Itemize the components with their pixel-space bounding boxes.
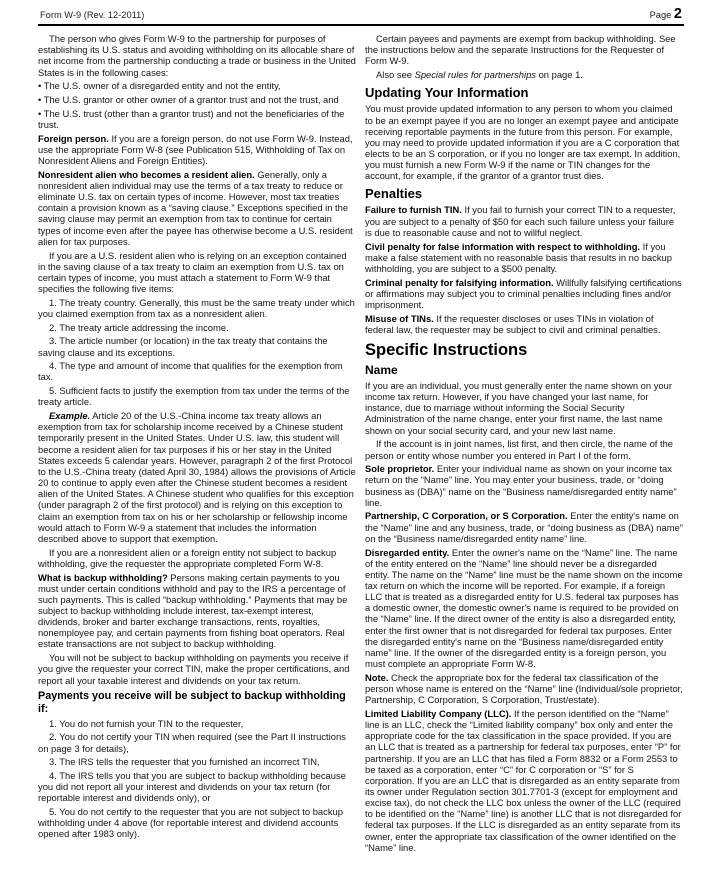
paragraph: 3. The article number (or location) in t… — [38, 335, 356, 357]
nonresident-alien-paragraph: Nonresident alien who becomes a resident… — [38, 169, 356, 247]
body-text: Specific Instructions — [365, 341, 527, 359]
paragraph: The person who gives Form W-9 to the par… — [38, 33, 356, 78]
bold-lead-text: Example. — [49, 410, 90, 421]
paragraph: You must provide updated information to … — [365, 103, 683, 181]
bold-lead-text: What is backup withholding? — [38, 572, 168, 583]
body-text: Special rules for partnerships — [415, 69, 536, 80]
right-column: Certain payees and payments are exempt f… — [365, 33, 683, 855]
paragraph: 2. The treaty article addressing the inc… — [38, 322, 356, 333]
body-text: You will not be subject to backup withho… — [38, 652, 349, 685]
body-text: Name — [365, 363, 398, 377]
payments-subject-heading: Payments you receive will be subject to … — [38, 690, 356, 715]
bold-lead-text: Disregarded entity. — [365, 547, 449, 558]
paragraph: Disregarded entity. Enter the owner's na… — [365, 547, 683, 670]
paragraph: Criminal penalty for falsifying informat… — [365, 277, 683, 310]
body-text: 5. You do not certify to the requester t… — [38, 806, 343, 839]
paragraph: Note. Check the appropriate box for the … — [365, 672, 683, 705]
left-column: The person who gives Form W-9 to the par… — [38, 33, 356, 855]
bold-lead-text: Partnership, C Corporation, or S Corpora… — [365, 510, 568, 521]
paragraph: Failure to furnish TIN. If you fail to f… — [365, 204, 683, 237]
paragraph: If you are a U.S. resident alien who is … — [38, 250, 356, 295]
body-text: Generally, only a nonresident alien indi… — [38, 169, 353, 247]
two-column-body: The person who gives Form W-9 to the par… — [38, 33, 684, 855]
paragraph: • The U.S. trust (other than a grantor t… — [38, 108, 356, 130]
paragraph: If you are a nonresident alien or a fore… — [38, 547, 356, 569]
page-header: Form W-9 (Rev. 12-2011) Page 2 — [38, 7, 684, 26]
bold-lead-text: Limited Liability Company (LLC). — [365, 708, 511, 719]
bold-lead-text: Criminal penalty for falsifying informat… — [365, 277, 554, 288]
paragraph: Misuse of TINs. If the requester disclos… — [365, 313, 683, 335]
bold-lead-text: Failure to furnish TIN. — [365, 204, 462, 215]
paragraph: Certain payees and payments are exempt f… — [365, 33, 683, 66]
paragraph: 4. The IRS tells you that you are subjec… — [38, 770, 356, 803]
paragraph: 5. Sufficient facts to justify the exemp… — [38, 385, 356, 407]
body-text: 3. The IRS tells the requester that you … — [49, 756, 320, 767]
form-revision-label: Form W-9 (Rev. 12-2011) — [40, 10, 144, 21]
specific-instructions-heading: Specific Instructions — [365, 341, 683, 359]
body-text: Enter the owner's name on the “Name” lin… — [365, 547, 683, 670]
bold-lead-text: Sole proprietor. — [365, 463, 434, 474]
body-text: If the person identified on the “Name” l… — [365, 708, 681, 853]
form-w9-page-2: Form W-9 (Rev. 12-2011) Page 2 The perso… — [0, 0, 718, 869]
paragraph: 4. The type and amount of income that qu… — [38, 360, 356, 382]
bold-lead-text: Civil penalty for false information with… — [365, 241, 640, 252]
body-text: You must provide updated information to … — [365, 103, 680, 181]
paragraph: 3. The IRS tells the requester that you … — [38, 756, 356, 767]
page-number: 2 — [674, 6, 682, 22]
bold-lead-text: Note. — [365, 672, 388, 683]
paragraph: Also see Special rules for partnerships … — [365, 69, 683, 80]
body-text: Updating Your Information — [365, 85, 528, 100]
example-paragraph: Example. Article 20 of the U.S.-China in… — [38, 410, 356, 544]
body-text: Persons making certain payments to you m… — [38, 572, 347, 650]
body-text: Check the appropriate box for the federa… — [365, 672, 683, 705]
page-indicator: Page 2 — [650, 9, 682, 21]
body-text: 1. You do not furnish your TIN to the re… — [49, 718, 243, 729]
paragraph: If you are an individual, you must gener… — [365, 380, 683, 436]
paragraph: Civil penalty for false information with… — [365, 241, 683, 274]
page-label: Page — [650, 10, 672, 20]
body-text: Certain payees and payments are exempt f… — [365, 33, 676, 66]
updating-your-information-heading: Updating Your Information — [365, 85, 683, 100]
body-text: • The U.S. grantor or other owner of a g… — [38, 94, 339, 105]
paragraph: • The U.S. grantor or other owner of a g… — [38, 94, 356, 105]
body-text: 2. You do not certify your TIN when requ… — [38, 731, 346, 753]
body-text: Penalties — [365, 186, 422, 201]
paragraph: 2. You do not certify your TIN when requ… — [38, 731, 356, 753]
body-text: 3. The article number (or location) in t… — [38, 335, 328, 357]
body-text: Payments you receive will be subject to … — [38, 690, 346, 715]
paragraph: You will not be subject to backup withho… — [38, 652, 356, 685]
body-text: on page 1. — [536, 69, 583, 80]
paragraph: Sole proprietor. Enter your individual n… — [365, 463, 683, 508]
body-text: If you are a nonresident alien or a fore… — [38, 547, 336, 569]
paragraph: Partnership, C Corporation, or S Corpora… — [365, 510, 683, 543]
paragraph: 1. The treaty country. Generally, this m… — [38, 297, 356, 319]
bold-lead-text: Nonresident alien who becomes a resident… — [38, 169, 255, 180]
paragraph: 1. You do not furnish your TIN to the re… — [38, 718, 356, 729]
bold-lead-text: Misuse of TINs. — [365, 313, 434, 324]
body-text: 1. The treaty country. Generally, this m… — [38, 297, 355, 319]
backup-withholding-paragraph: What is backup withholding? Persons maki… — [38, 572, 356, 650]
penalties-heading: Penalties — [365, 186, 683, 201]
body-text: The person who gives Form W-9 to the par… — [38, 33, 356, 77]
body-text: • The U.S. trust (other than a grantor t… — [38, 108, 344, 130]
body-text: Article 20 of the U.S.-China income tax … — [38, 410, 356, 544]
body-text: 4. The IRS tells you that you are subjec… — [38, 770, 346, 803]
body-text: 5. Sufficient facts to justify the exemp… — [38, 385, 350, 407]
paragraph: • The U.S. owner of a disregarded entity… — [38, 80, 356, 91]
paragraph: Limited Liability Company (LLC). If the … — [365, 708, 683, 853]
body-text: If you are a U.S. resident alien who is … — [38, 250, 347, 294]
body-text: Also see — [376, 69, 415, 80]
body-text: 2. The treaty article addressing the inc… — [49, 322, 229, 333]
name-heading: Name — [365, 363, 683, 377]
body-text: 4. The type and amount of income that qu… — [38, 360, 343, 382]
body-text: If the account is in joint names, list f… — [365, 438, 673, 460]
foreign-person-paragraph: Foreign person. If you are a foreign per… — [38, 133, 356, 166]
paragraph: 5. You do not certify to the requester t… — [38, 806, 356, 839]
paragraph: If the account is in joint names, list f… — [365, 438, 683, 460]
body-text: • The U.S. owner of a disregarded entity… — [38, 80, 281, 91]
body-text: If you are an individual, you must gener… — [365, 380, 672, 436]
bold-lead-text: Foreign person. — [38, 133, 109, 144]
